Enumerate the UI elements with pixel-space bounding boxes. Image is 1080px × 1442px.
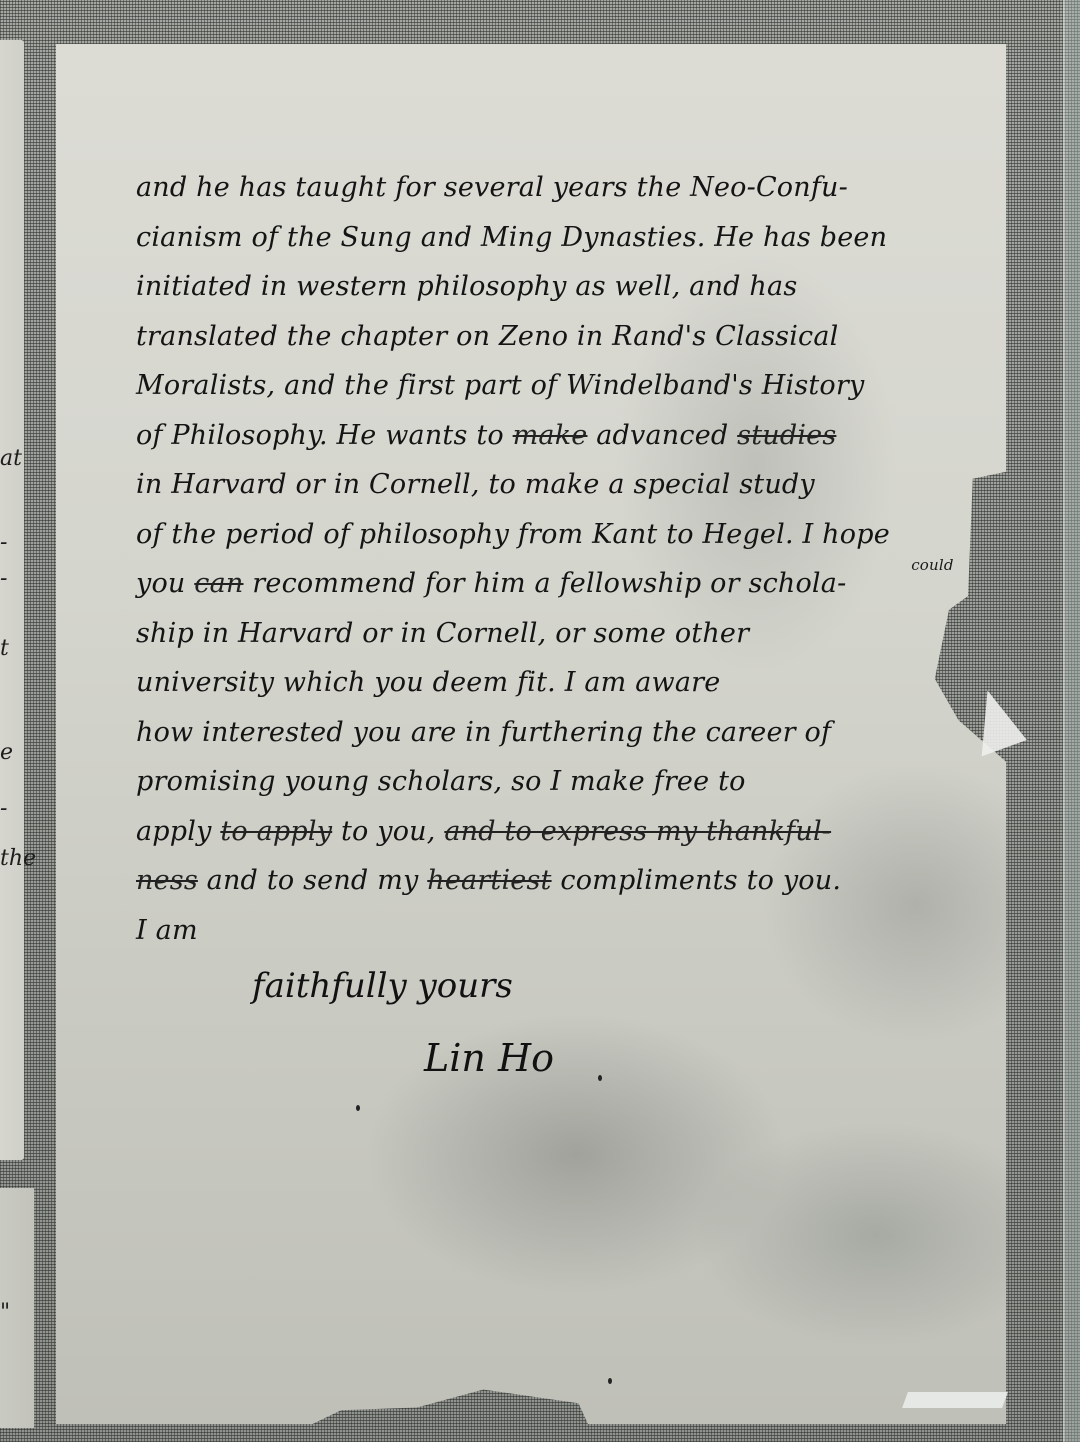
letter-line: ship in Harvard or in Cornell, or some o… — [136, 618, 996, 668]
letter-line: you can recommend for him a fellowship o… — [136, 568, 996, 618]
ink-speck — [608, 1378, 612, 1384]
adjacent-page-text-fragment: - — [0, 796, 7, 821]
line-text: promising young scholars, so I make free… — [136, 766, 746, 797]
line-text: how interested you are in furthering the… — [136, 717, 831, 748]
letter-line: I am — [136, 915, 996, 965]
adjacent-page-text-fragment: " — [0, 1300, 10, 1325]
interlinear-insertion: could — [911, 556, 954, 574]
closing-salutation: faithfully yours — [252, 966, 513, 1006]
letter-line: and he has taught for several years the … — [136, 172, 996, 222]
adjacent-page-text-fragment: - — [0, 530, 7, 555]
letter-body: and he has taught for several years the … — [136, 172, 996, 964]
line-text: cianism of the Sung and Ming Dynasties. … — [136, 222, 887, 253]
line-text: to you, — [332, 816, 444, 847]
line-text: translated the chapter on Zeno in Rand's… — [136, 321, 839, 352]
ink-speck — [598, 1075, 602, 1081]
torn-bottom-flap — [902, 1392, 1008, 1408]
ink-speck — [356, 1105, 360, 1111]
adjacent-page-text-fragment: - — [0, 566, 7, 591]
struck-word: can — [194, 568, 243, 599]
adjacent-page-text-fragment: t — [0, 636, 9, 661]
line-text: university which you deem fit. I am awar… — [136, 667, 720, 698]
line-text: and to send my — [198, 865, 427, 896]
display-glass-edge — [1066, 0, 1080, 1442]
adjacent-page-text-fragment: the — [0, 846, 36, 871]
letter-line: ness and to send my heartiest compliment… — [136, 865, 996, 915]
line-text: initiated in western philosophy as well,… — [136, 271, 797, 302]
letter-line: of Philosophy. He wants to make advanced… — [136, 420, 996, 470]
struck-word: ness — [136, 865, 198, 896]
line-text: apply — [136, 816, 220, 847]
line-text: compliments to you. — [552, 865, 842, 896]
letter-line: of the period of philosophy from Kant to… — [136, 519, 996, 569]
adjacent-page-left — [0, 40, 24, 1160]
letter-line: promising young scholars, so I make free… — [136, 766, 996, 816]
line-text: ship in Harvard or in Cornell, or some o… — [136, 618, 749, 649]
struck-word: and to express my thankful- — [444, 816, 831, 847]
line-text: of Philosophy. He wants to — [136, 420, 513, 451]
adjacent-page-text-fragment: at — [0, 446, 22, 471]
line-text: of the period of philosophy from Kant to… — [136, 519, 890, 550]
letter-line: initiated in western philosophy as well,… — [136, 271, 996, 321]
line-text: you — [136, 568, 194, 599]
letter-line: translated the chapter on Zeno in Rand's… — [136, 321, 996, 371]
struck-word: make — [513, 420, 588, 451]
adjacent-page-text-fragment: e — [0, 740, 13, 765]
line-text: and he has taught for several years the … — [136, 172, 848, 203]
struck-word: studies — [737, 420, 836, 451]
letter-line: how interested you are in furthering the… — [136, 717, 996, 767]
display-glass-highlight — [1063, 0, 1066, 1442]
struck-word: heartiest — [427, 865, 551, 896]
letter-line: university which you deem fit. I am awar… — [136, 667, 996, 717]
line-text: I am — [136, 915, 198, 946]
struck-word: to apply — [220, 816, 332, 847]
letter-line: Moralists, and the first part of Windelb… — [136, 370, 996, 420]
line-text: Moralists, and the first part of Windelb… — [136, 370, 864, 401]
line-text: in Harvard or in Cornell, to make a spec… — [136, 469, 815, 500]
line-text: advanced — [587, 420, 737, 451]
signature: Lin Ho — [424, 1036, 554, 1080]
letter-line: apply to apply to you, and to express my… — [136, 816, 996, 866]
line-text: recommend for him a fellowship or schola… — [244, 568, 847, 599]
letter-line: cianism of the Sung and Ming Dynasties. … — [136, 222, 996, 272]
letter-line: in Harvard or in Cornell, to make a spec… — [136, 469, 996, 519]
